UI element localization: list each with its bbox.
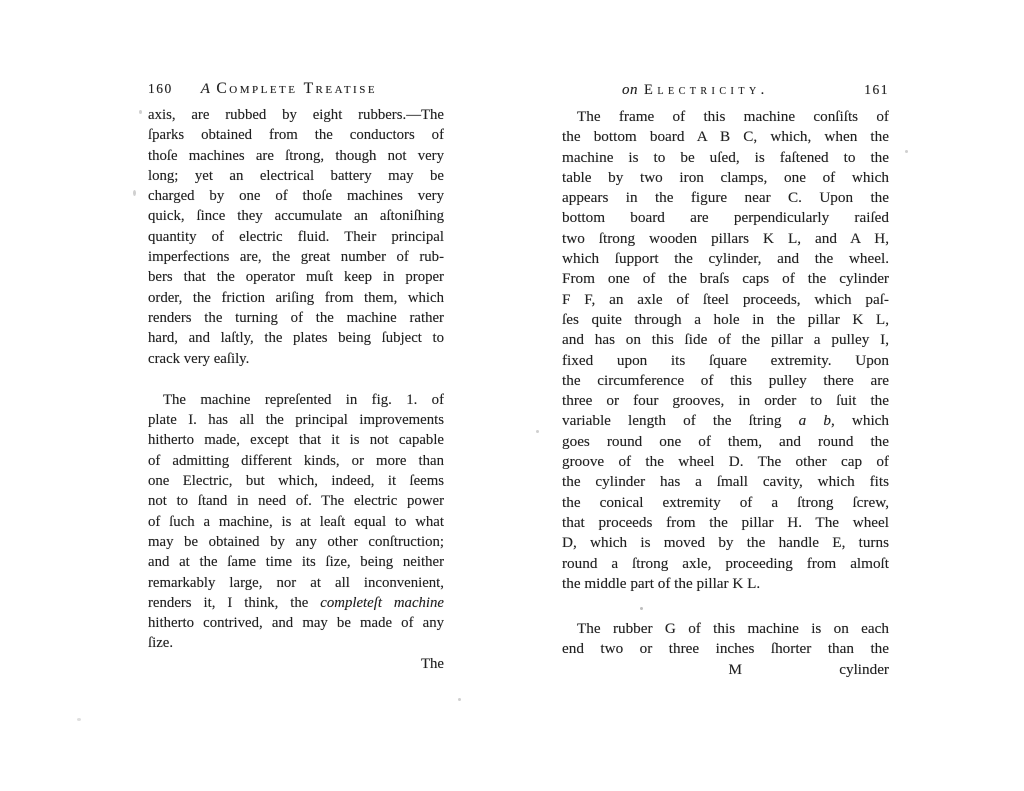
paragraph: The frame of this machine conſiſts ofthe… bbox=[562, 107, 889, 594]
text-line: ſes quite through a hole in the pillar K… bbox=[562, 310, 889, 330]
left-running-title: AComplete Treatise bbox=[201, 80, 377, 98]
text-line: that proceeds from the pillar H. The whe… bbox=[562, 513, 889, 533]
text-line: From one of the braſs caps of the cylind… bbox=[562, 269, 889, 289]
text-line: ſize. bbox=[148, 633, 444, 653]
right-title-text: Electricity. bbox=[644, 82, 769, 98]
text-line: quantity of electric fluid. Their princi… bbox=[148, 227, 444, 247]
scan-speck bbox=[536, 430, 539, 433]
text-line: fixed upon its ſquare extremity. Upon bbox=[562, 351, 889, 371]
text-line: of admitting different kinds, or more th… bbox=[148, 451, 444, 471]
text-line: variable length of the ſtring a b, which bbox=[562, 411, 889, 431]
scan-speck bbox=[133, 190, 136, 196]
text-line: quick, ſince they accumulate an aſtoniſh… bbox=[148, 206, 444, 226]
text-line: and at the ſame time its ſize, being nei… bbox=[148, 552, 444, 572]
text-line: hard, and laſtly, the plates being ſubje… bbox=[148, 328, 444, 348]
text-line: crack very eaſily. bbox=[148, 349, 444, 369]
text-line: groove of the wheel D. The other cap of bbox=[562, 452, 889, 472]
text-line: D, which is moved by the handle E, turns bbox=[562, 533, 889, 553]
text-line: table by two iron clamps, one of which bbox=[562, 168, 889, 188]
text-line: the cylinder has a ſmall cavity, which f… bbox=[562, 472, 889, 492]
catchword: The bbox=[421, 656, 444, 672]
text-line: plate I. has all the principal improveme… bbox=[148, 410, 444, 430]
text-line: long; yet an electrical battery may be bbox=[148, 166, 444, 186]
text-line: machine is to be uſed, is faſtened to th… bbox=[562, 148, 889, 168]
right-title-lead: on bbox=[622, 82, 638, 98]
text-line: may be obtained by any other conſtructio… bbox=[148, 532, 444, 552]
scan-speck bbox=[905, 150, 908, 153]
text-line: remarkably large, nor at all inconvenien… bbox=[148, 573, 444, 593]
text-line: the conical extremity of a ſtrong ſcrew, bbox=[562, 493, 889, 513]
scan-speck bbox=[139, 110, 142, 114]
text-line: bers that the operator muſt keep in prop… bbox=[148, 267, 444, 287]
left-page-number: 160 bbox=[148, 81, 173, 97]
right-running-title: onElectricity. bbox=[622, 82, 769, 99]
text-line: round a ſtrong axle, proceeding from alm… bbox=[562, 554, 889, 574]
text-line: renders it, I think, the completeſt mach… bbox=[148, 593, 444, 613]
scan-speck bbox=[640, 607, 643, 610]
text-line: of ſuch a machine, is at leaſt equal to … bbox=[148, 512, 444, 532]
text-line: The frame of this machine conſiſts of bbox=[562, 107, 889, 127]
signature-mark: M bbox=[729, 660, 743, 680]
text-line: thoſe machines are ſtrong, though not ve… bbox=[148, 146, 444, 166]
text-line: end two or three inches ſhorter than the bbox=[562, 639, 889, 659]
text-line: axis, are rubbed by eight rubbers.—The bbox=[148, 105, 444, 125]
text-line: two ſtrong wooden pillars K L, and A H, bbox=[562, 229, 889, 249]
left-page-header: 160 AComplete Treatise bbox=[148, 80, 444, 104]
scan-speck bbox=[458, 698, 461, 701]
right-page: onElectricity. 161 The frame of this mac… bbox=[562, 82, 889, 680]
text-line: not to ſtand in need of. The electric po… bbox=[148, 491, 444, 511]
text-line: and has on this ſide of the pillar a pul… bbox=[562, 330, 889, 350]
text-line: one Electric, but which, indeed, it ſeem… bbox=[148, 471, 444, 491]
left-catchword-row: The bbox=[148, 654, 444, 674]
text-line: The machine repreſented in fig. 1. of bbox=[148, 390, 444, 410]
paragraph: The rubber G of this machine is on eache… bbox=[562, 619, 889, 660]
signature-row: M cylinder bbox=[562, 660, 889, 680]
text-line: the circumference of this pulley there a… bbox=[562, 371, 889, 391]
left-body-text: axis, are rubbed by eight rubbers.—Theſp… bbox=[148, 105, 444, 654]
text-line: renders the turning of the machine rathe… bbox=[148, 308, 444, 328]
text-line: charged by one of thoſe machines very bbox=[148, 186, 444, 206]
text-line: appears in the figure near C. Upon the bbox=[562, 188, 889, 208]
right-body-text: The frame of this machine conſiſts ofthe… bbox=[562, 107, 889, 660]
text-line: imperfections are, the great number of r… bbox=[148, 247, 444, 267]
left-page: 160 AComplete Treatise axis, are rubbed … bbox=[148, 80, 444, 674]
text-line: ſparks obtained from the conductors of bbox=[148, 125, 444, 145]
catchword: cylinder bbox=[839, 660, 889, 680]
left-title-lead: A bbox=[201, 81, 211, 97]
text-line: F F, an axle of ſteel proceeds, which pa… bbox=[562, 290, 889, 310]
text-line: three or four grooves, in order to ſuit … bbox=[562, 391, 889, 411]
paragraph: axis, are rubbed by eight rubbers.—Theſp… bbox=[148, 105, 444, 369]
right-page-number: 161 bbox=[864, 82, 889, 98]
paragraph: The machine repreſented in fig. 1. ofpla… bbox=[148, 390, 444, 654]
text-line: The rubber G of this machine is on each bbox=[562, 619, 889, 639]
left-title-text: Complete Treatise bbox=[216, 80, 377, 97]
text-line: goes round one of them, and round the bbox=[562, 432, 889, 452]
text-line: order, the friction ariſing from them, w… bbox=[148, 288, 444, 308]
scan-speck bbox=[77, 718, 81, 721]
right-page-header: onElectricity. 161 bbox=[562, 82, 889, 106]
text-line: the middle part of the pillar K L. bbox=[562, 574, 889, 594]
text-line: which ſupport the cylinder, and the whee… bbox=[562, 249, 889, 269]
text-line: hitherto made, except that it is not cap… bbox=[148, 430, 444, 450]
text-line: bottom board are perpendicularly raiſed bbox=[562, 208, 889, 228]
text-line: the bottom board A B C, which, when the bbox=[562, 127, 889, 147]
text-line: hitherto contrived, and may be made of a… bbox=[148, 613, 444, 633]
